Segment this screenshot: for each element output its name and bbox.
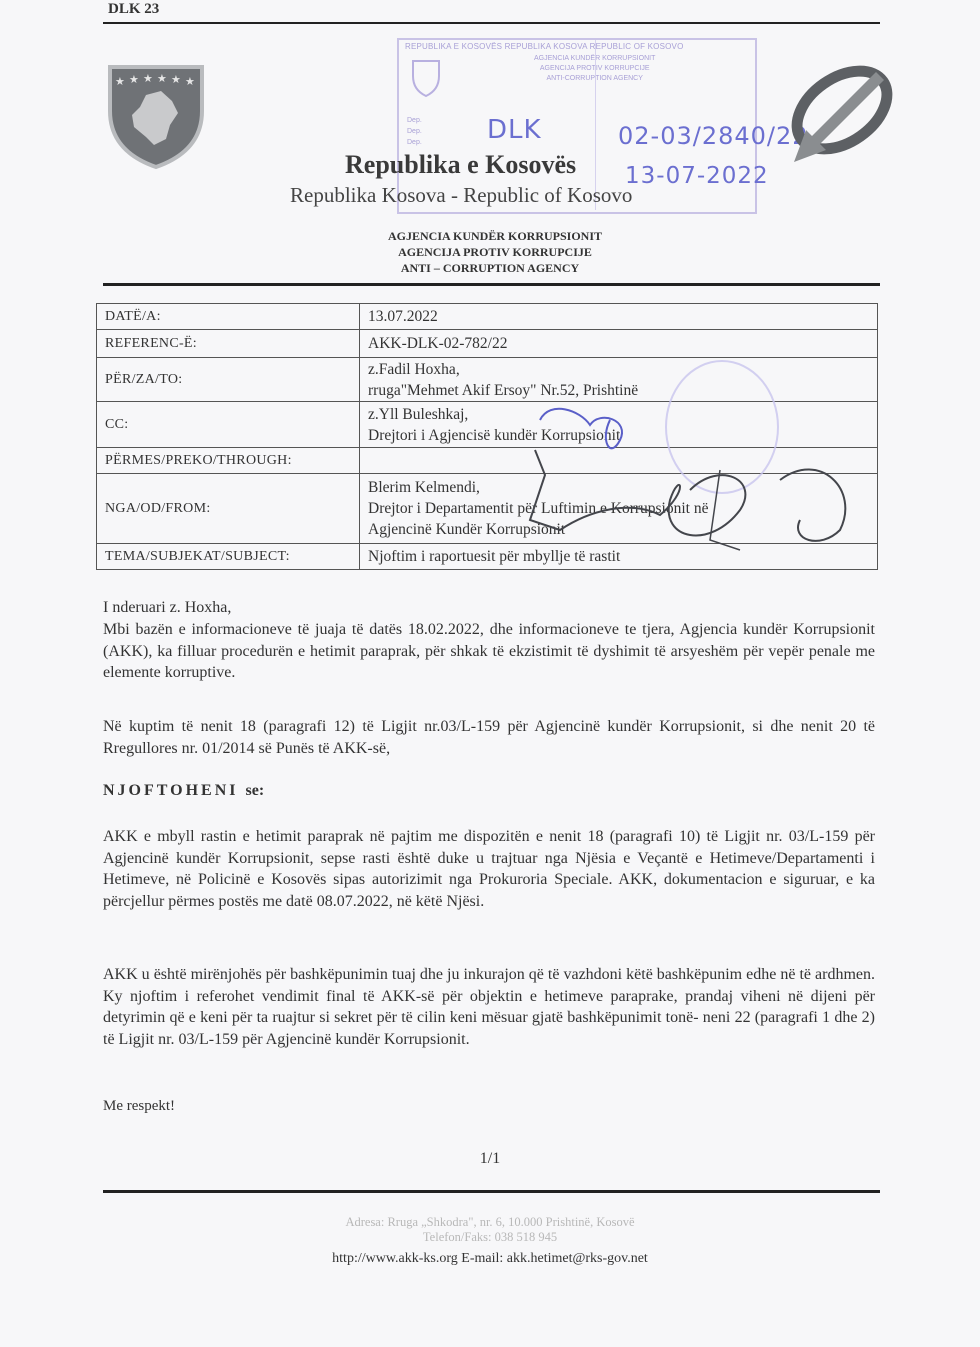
agency-name-sq: AGJENCIA KUNDËR KORRUPSIONIT (5, 229, 980, 244)
letter-closing: Me respekt! (103, 1096, 875, 1118)
page-number: 1/1 (0, 1150, 980, 1168)
agency-name-sr: AGENCIJA PROTIV KORRUPCIJE (5, 245, 980, 260)
meta-row-from: NGA/OD/FROM: Blerim Kelmendi, Drejtor i … (97, 474, 878, 544)
stamp-date: 13-07-2022 (625, 163, 769, 189)
official-seal (665, 360, 779, 494)
footer-phone: Telefon/Faks: 038 518 945 (0, 1230, 980, 1245)
header-rule (103, 22, 880, 24)
kosovo-emblem-icon: ★★★ ★★★ (106, 61, 206, 171)
country-title: Republika e Kosovës (345, 150, 576, 180)
notice-heading: NJOFTOHENI se: (103, 780, 875, 802)
stamp-labels: Dep. Dep. Dep. (407, 115, 422, 148)
meta-row-subject: TEMA/SUBJEKAT/SUBJECT: Njoftim i raportu… (97, 544, 878, 570)
akk-logo-icon (780, 62, 900, 167)
letter-salutation: I nderuari z. Hoxha, (103, 597, 875, 619)
letter-paragraph-4: AKK u është mirënjohës për bashkëpunimin… (103, 964, 875, 1050)
svg-text:★: ★ (185, 75, 195, 88)
svg-text:★: ★ (171, 73, 181, 86)
footer-address: Adresa: Rruga „Shkodra", nr. 6, 10.000 P… (0, 1215, 980, 1230)
footer-web-email[interactable]: http://www.akk-ks.org E-mail: akk.hetime… (0, 1251, 980, 1267)
header-bottom-rule (103, 283, 880, 286)
letter-paragraph-3: AKK e mbyll rastin e hetimit paraprak në… (103, 826, 875, 912)
svg-text:★: ★ (143, 72, 153, 85)
meta-row-date: DATË/A: 13.07.2022 (97, 304, 878, 330)
agency-name-en: ANTI – CORRUPTION AGENCY (0, 261, 980, 276)
svg-text:★: ★ (157, 72, 167, 85)
letter-paragraph-2: Në kuptim të nenit 18 (paragrafi 12) të … (103, 716, 875, 759)
stamp-emblem-icon (411, 58, 441, 98)
meta-row-reference: REFERENC-Ë: AKK-DLK-02-782/22 (97, 330, 878, 358)
letter-paragraph-1: Mbi bazën e informacioneve të juaja të d… (103, 619, 875, 684)
svg-text:★: ★ (129, 73, 139, 86)
stamp-header: REPUBLIKA E KOSOVËS REPUBLIKA KOSOVA REP… (405, 42, 684, 51)
stamp-department: DLK (487, 115, 542, 145)
footer-rule (103, 1190, 880, 1193)
page-code: DLK 23 (108, 1, 159, 18)
svg-text:★: ★ (115, 75, 125, 88)
country-subtitle: Republika Kosova - Republic of Kosovo (290, 183, 632, 208)
